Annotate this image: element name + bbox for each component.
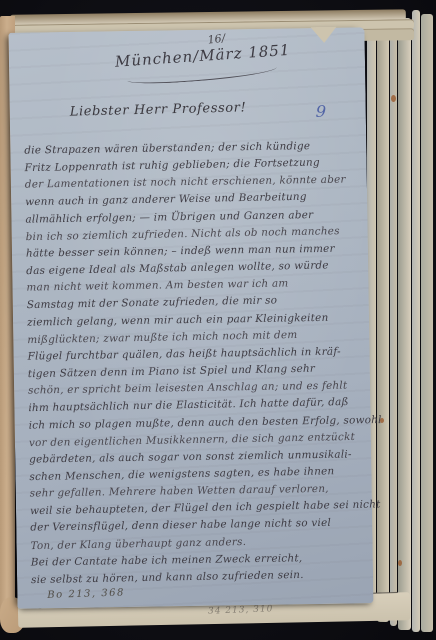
- page-edge: [421, 14, 433, 632]
- page-edge: [390, 22, 397, 626]
- archival-shelfmark: Bo 213, 368: [47, 587, 125, 601]
- archival-pencil-note: 34 213, 310: [208, 604, 274, 616]
- paper-tear: [310, 27, 336, 43]
- photo-of-handwritten-letter: 34 213, 310 16/ München/März 1851 9 Lieb…: [0, 0, 436, 640]
- letter-sheet: 16/ München/März 1851 9 Liebster Herr Pr…: [8, 27, 373, 609]
- foxing-stain: [398, 560, 402, 566]
- letter-body: die Strapazen wären überstanden; der sic…: [24, 137, 367, 588]
- book-page-stack-right: [367, 8, 434, 636]
- foxing-stain: [391, 95, 396, 102]
- page-edge: [377, 26, 389, 622]
- page-edge: [412, 10, 420, 632]
- folio-number: 9: [315, 102, 326, 122]
- page-edge: [398, 18, 411, 630]
- salutation: Liebster Herr Professor!: [70, 100, 247, 119]
